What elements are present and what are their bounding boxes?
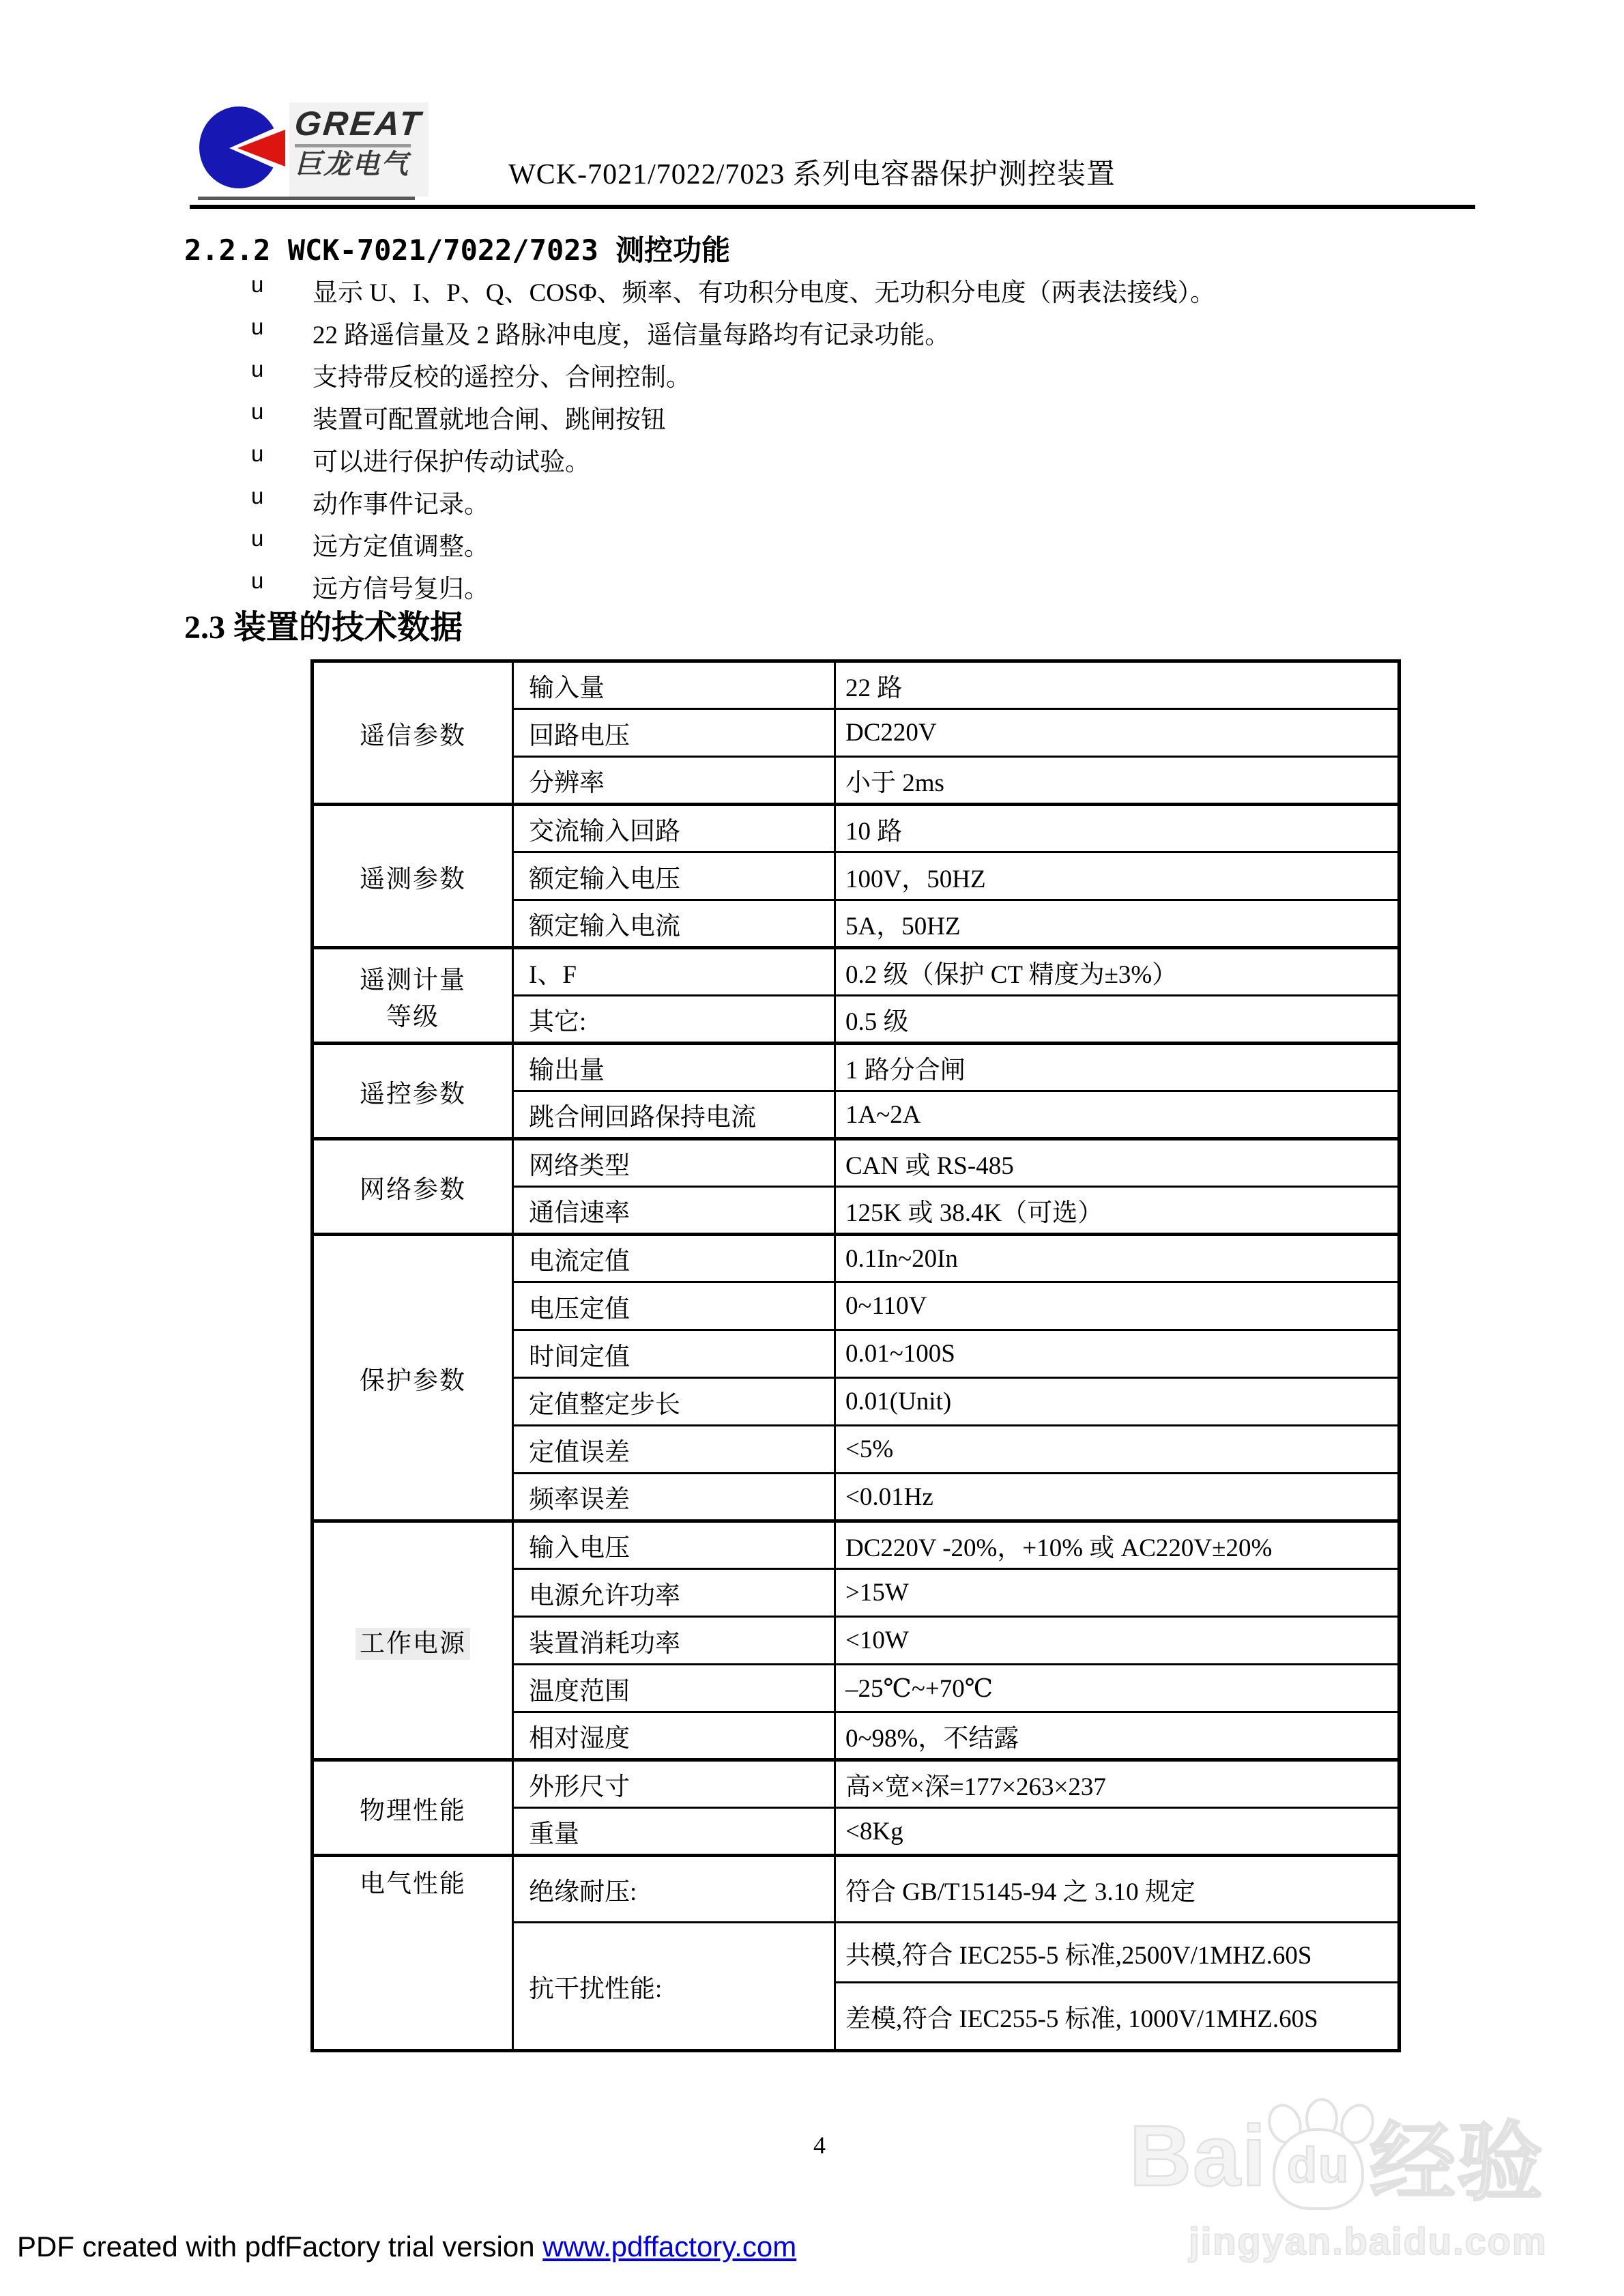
spec-category-cell: 工作电源 — [313, 1521, 513, 1760]
spec-value-cell: 1 路分合闸 — [835, 1044, 1400, 1091]
spec-value-cell: 符合 GB/T15145-94 之 3.10 规定 — [835, 1856, 1400, 1923]
spec-value-cell: 5A，50HZ — [835, 900, 1400, 948]
watermark-logo: Bai du 经验 — [1129, 2094, 1607, 2218]
spec-category-cell: 遥测计量等级 — [313, 948, 513, 1044]
watermark-bai-text: Bai — [1129, 2106, 1267, 2205]
spec-value-cell: 0~110V — [835, 1282, 1400, 1330]
spec-value-cell: <0.01Hz — [835, 1474, 1400, 1521]
baidu-watermark: Bai du 经验 jingyan.baidu.com — [1129, 2094, 1607, 2263]
spec-param-cell: 分辨率 — [513, 757, 835, 805]
feature-text: 远方定值调整。 — [313, 526, 489, 562]
spec-value-cell: 100V，50HZ — [835, 852, 1400, 900]
table-row: 电气性能 绝缘耐压: 符合 GB/T15145-94 之 3.10 规定 — [313, 1856, 1400, 1923]
spec-param-cell: 电源允许功率 — [513, 1569, 835, 1617]
spec-value-cell: <8Kg — [835, 1808, 1400, 1856]
document-title: WCK-7021/7022/7023 系列电容器保护测控装置 — [0, 152, 1624, 192]
spec-param-cell: I、F — [513, 948, 835, 996]
spec-param-cell: 电压定值 — [513, 1282, 835, 1330]
spec-value-cell: CAN 或 RS-485 — [835, 1139, 1400, 1187]
section-2-2-2-heading: 2.2.2 WCK-7021/7022/7023 测控功能 — [184, 228, 730, 269]
feature-item: u支持带反校的遥控分、合闸控制。 — [0, 356, 1215, 399]
brand-divider — [295, 144, 411, 147]
table-row: 网络参数 网络类型 CAN 或 RS-485 — [313, 1139, 1400, 1187]
bullet-marker: u — [251, 526, 313, 551]
category-line: 等级 — [386, 1003, 439, 1031]
spec-value-cell: 共模,符合 IEC255-5 标准,2500V/1MHZ.60S — [835, 1923, 1400, 1983]
feature-text: 显示 U、I、P、Q、COSΦ、频率、有功积分电度、无功积分电度（两表法接线）。 — [313, 272, 1215, 308]
spec-value-cell: 0~98%，不结露 — [835, 1712, 1400, 1760]
spec-category-cell: 遥控参数 — [313, 1044, 513, 1139]
spec-param-cell: 外形尺寸 — [513, 1760, 835, 1808]
bullet-marker: u — [251, 441, 313, 467]
table-row: 遥测计量等级 I、F 0.2 级（保护 CT 精度为±3%） — [313, 948, 1400, 996]
spec-param-cell: 输出量 — [513, 1044, 835, 1091]
feature-text: 22 路遥信量及 2 路脉冲电度，遥信量每路均有记录功能。 — [313, 314, 950, 351]
table-row: 遥测参数 交流输入回路 10 路 — [313, 805, 1400, 852]
spec-value-cell: 小于 2ms — [835, 757, 1400, 805]
feature-text: 可以进行保护传动试验。 — [313, 441, 590, 478]
spec-param-cell: 网络类型 — [513, 1139, 835, 1187]
spec-param-cell: 电流定值 — [513, 1235, 835, 1282]
header-divider — [190, 205, 1475, 209]
spec-value-cell: 0.5 级 — [835, 996, 1400, 1044]
feature-item: u装置可配置就地合闸、跳闸按钮 — [0, 399, 1215, 441]
spec-param-cell: 通信速率 — [513, 1187, 835, 1235]
table-row: 工作电源 输入电压 DC220V -20%，+10% 或 AC220V±20% — [313, 1521, 1400, 1569]
table-row: 保护参数 电流定值 0.1In~20In — [313, 1235, 1400, 1282]
baidu-paw-icon: du — [1267, 2102, 1369, 2210]
spec-value-cell: 0.1In~20In — [835, 1235, 1400, 1282]
spec-param-cell: 装置消耗功率 — [513, 1617, 835, 1665]
table-row: 物理性能 外形尺寸 高×宽×深=177×263×237 — [313, 1760, 1400, 1808]
feature-item: u可以进行保护传动试验。 — [0, 441, 1215, 483]
bullet-marker: u — [251, 356, 313, 382]
spec-param-cell: 时间定值 — [513, 1330, 835, 1378]
spec-param-cell: 定值误差 — [513, 1426, 835, 1474]
spec-category-cell: 遥信参数 — [313, 661, 513, 805]
spec-param-cell: 输入电压 — [513, 1521, 835, 1569]
spec-value-cell: 125K 或 38.4K（可选） — [835, 1187, 1400, 1235]
bullet-marker: u — [251, 399, 313, 425]
feature-text: 远方信号复归。 — [313, 568, 489, 605]
spec-value-cell: <10W — [835, 1617, 1400, 1665]
feature-item: u远方信号复归。 — [0, 568, 1215, 610]
spec-param-cell: 抗干扰性能: — [513, 1923, 835, 2051]
spec-value-cell: 0.2 级（保护 CT 精度为±3%） — [835, 948, 1400, 996]
spec-category-cell: 电气性能 — [313, 1856, 513, 2051]
table-row: 遥控参数 输出量 1 路分合闸 — [313, 1044, 1400, 1091]
spec-param-cell: 频率误差 — [513, 1474, 835, 1521]
pdf-note-text: PDF created with pdfFactory trial versio… — [17, 2230, 542, 2263]
feature-item: u显示 U、I、P、Q、COSΦ、频率、有功积分电度、无功积分电度（两表法接线）… — [0, 272, 1215, 314]
spec-param-cell: 其它: — [513, 996, 835, 1044]
spec-param-cell: 绝缘耐压: — [513, 1856, 835, 1923]
spec-param-cell: 额定输入电流 — [513, 900, 835, 948]
spec-category-cell: 物理性能 — [313, 1760, 513, 1856]
bullet-marker: u — [251, 272, 313, 298]
feature-text: 支持带反校的遥控分、合闸控制。 — [313, 356, 691, 393]
spec-param-cell: 跳合闸回路保持电流 — [513, 1091, 835, 1139]
tech-spec-table: 遥信参数 输入量 22 路 回路电压 DC220V 分辨率 小于 2ms 遥测参… — [310, 659, 1401, 2052]
spec-value-cell: 0.01~100S — [835, 1330, 1400, 1378]
spec-param-cell: 输入量 — [513, 661, 835, 709]
watermark-url: jingyan.baidu.com — [1129, 2219, 1607, 2263]
spec-param-cell: 定值整定步长 — [513, 1378, 835, 1426]
spec-value-cell: 22 路 — [835, 661, 1400, 709]
spec-param-cell: 交流输入回路 — [513, 805, 835, 852]
bullet-marker: u — [251, 314, 313, 340]
spec-value-cell: –25℃~+70℃ — [835, 1665, 1400, 1712]
brand-name-en: GREAT — [293, 106, 424, 141]
spec-value-cell: 1A~2A — [835, 1091, 1400, 1139]
spec-param-cell: 重量 — [513, 1808, 835, 1856]
spec-category-cell: 网络参数 — [313, 1139, 513, 1235]
feature-item: u远方定值调整。 — [0, 526, 1215, 568]
watermark-du-text: du — [1267, 2138, 1369, 2194]
bullet-marker: u — [251, 483, 313, 509]
spec-category-cell: 遥测参数 — [313, 805, 513, 948]
feature-text: 装置可配置就地合闸、跳闸按钮 — [313, 399, 666, 435]
spec-value-cell: >15W — [835, 1569, 1400, 1617]
table-row: 遥信参数 输入量 22 路 — [313, 661, 1400, 709]
spec-param-cell: 相对湿度 — [513, 1712, 835, 1760]
spec-value-cell: DC220V -20%，+10% 或 AC220V±20% — [835, 1521, 1400, 1569]
spec-value-cell: 0.01(Unit) — [835, 1378, 1400, 1426]
feature-item: u22 路遥信量及 2 路脉冲电度，遥信量每路均有记录功能。 — [0, 314, 1215, 356]
spec-value-cell: 10 路 — [835, 805, 1400, 852]
feature-text: 动作事件记录。 — [313, 483, 489, 520]
pdf-footer-note: PDF created with pdfFactory trial versio… — [17, 2230, 796, 2263]
spec-value-cell: 高×宽×深=177×263×237 — [835, 1760, 1400, 1808]
feature-list: u显示 U、I、P、Q、COSΦ、频率、有功积分电度、无功积分电度（两表法接线）… — [0, 272, 1215, 610]
spec-value-cell: DC220V — [835, 709, 1400, 757]
highlighted-category: 工作电源 — [356, 1628, 470, 1660]
spec-category-cell: 保护参数 — [313, 1235, 513, 1521]
watermark-cn-text: 经验 — [1369, 2094, 1544, 2218]
document-page: GREAT 巨龙电气 WCK-7021/7022/7023 系列电容器保护测控装… — [0, 0, 1624, 2296]
page-number: 4 — [813, 2131, 826, 2159]
spec-param-cell: 额定输入电压 — [513, 852, 835, 900]
section-2-3-heading: 2.3 装置的技术数据 — [184, 601, 463, 648]
spec-value-cell: 差模,符合 IEC255-5 标准, 1000V/1MHZ.60S — [835, 1983, 1400, 2051]
spec-param-cell: 温度范围 — [513, 1665, 835, 1712]
spec-param-cell: 回路电压 — [513, 709, 835, 757]
feature-item: u动作事件记录。 — [0, 483, 1215, 526]
category-line: 遥测计量 — [360, 966, 466, 994]
pdffactory-link[interactable]: www.pdffactory.com — [542, 2230, 796, 2263]
bullet-marker: u — [251, 568, 313, 594]
spec-value-cell: <5% — [835, 1426, 1400, 1474]
